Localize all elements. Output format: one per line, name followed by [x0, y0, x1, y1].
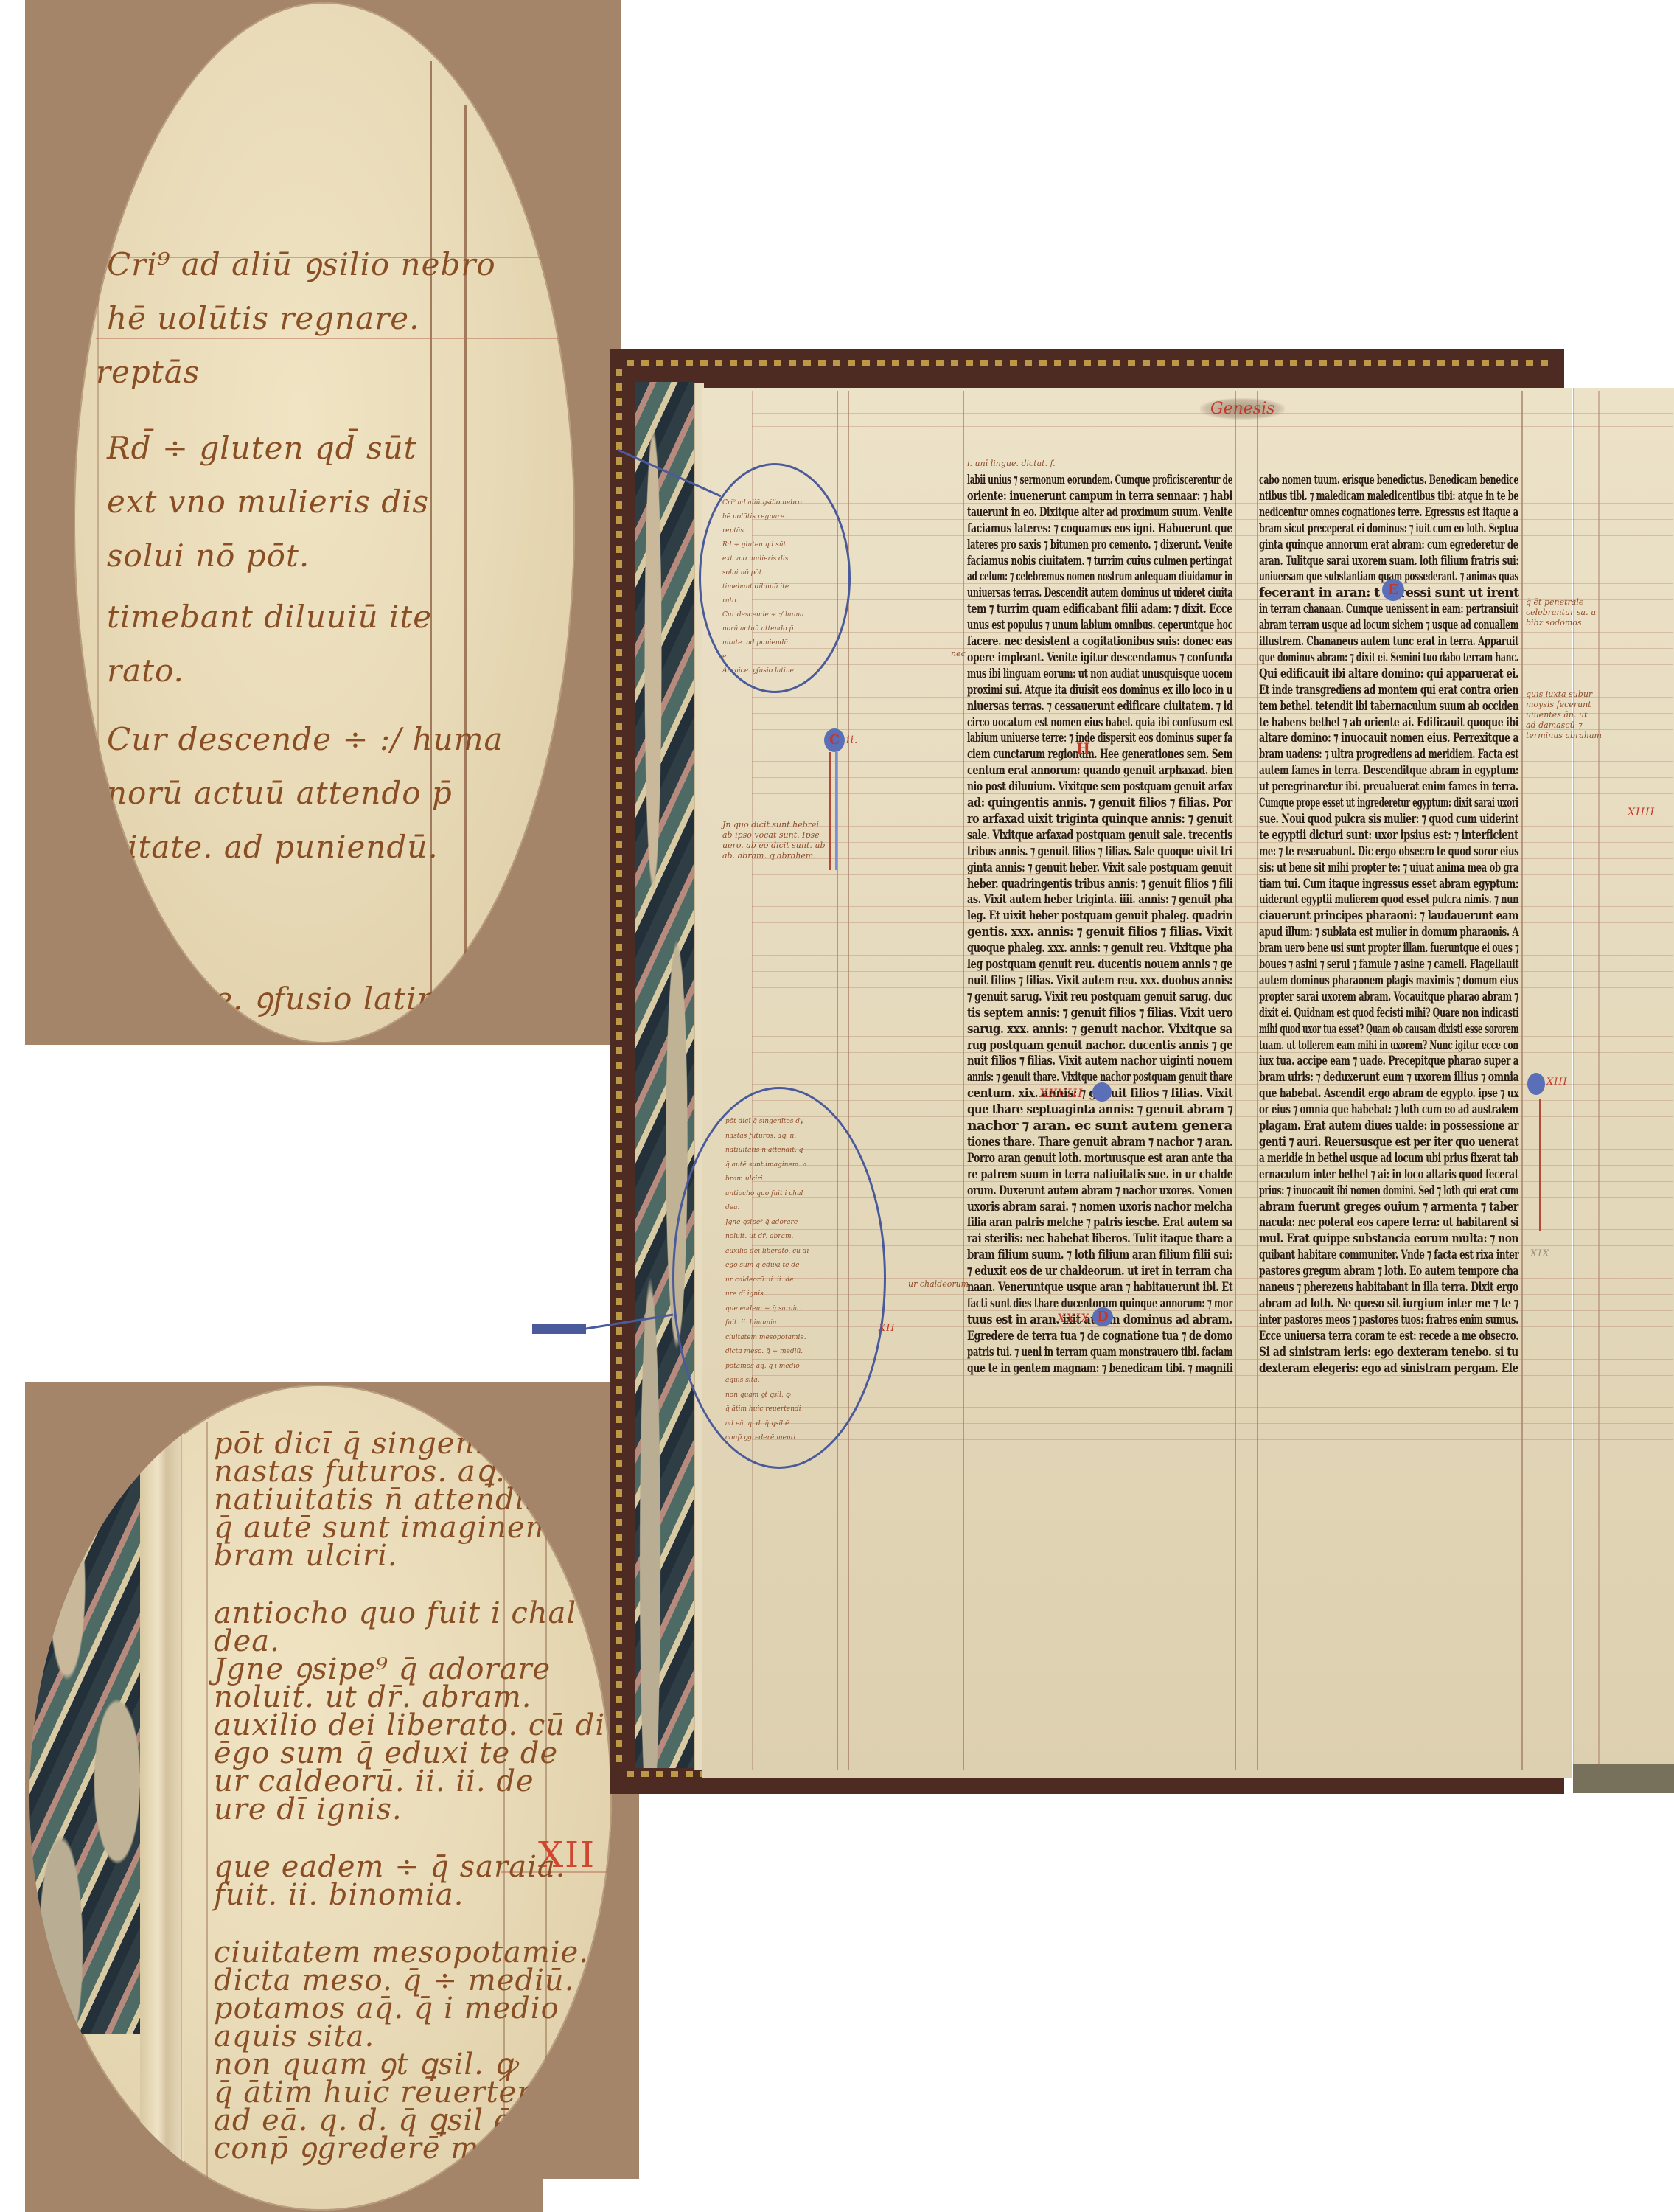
callout-connectors [0, 0, 1674, 2212]
